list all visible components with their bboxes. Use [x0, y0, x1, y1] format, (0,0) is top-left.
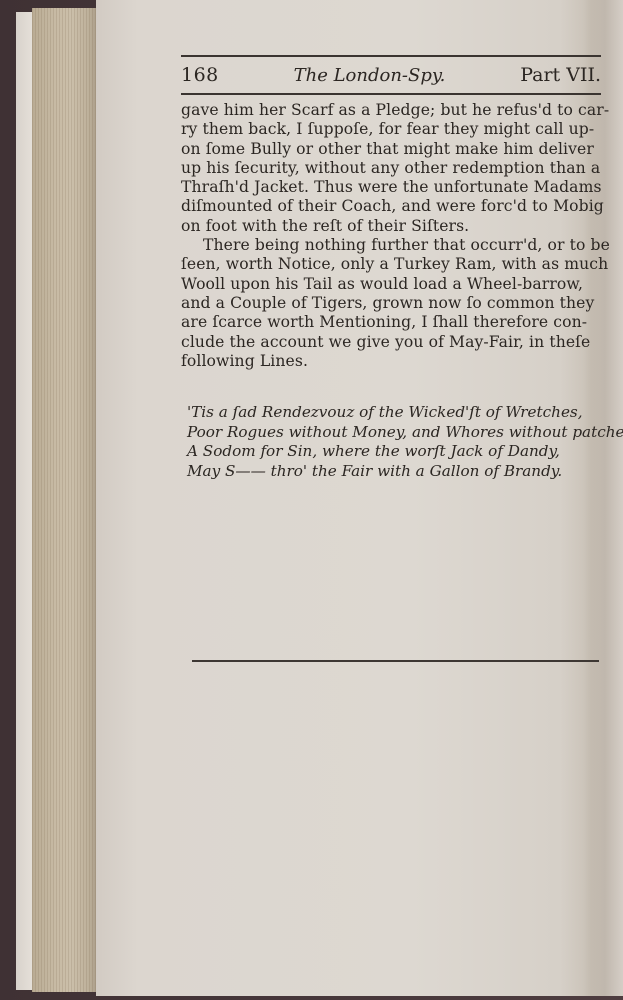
page-content: 168 The London-Spy. Part VII. gave him h…: [181, 55, 601, 481]
verse-line: 'Tis a ſad Rendezvouz of the Wicked'ſt o…: [187, 403, 601, 423]
text-line: ry them back, I ſuppoſe, for fear they m…: [181, 120, 601, 139]
text-line: clude the account we give you of May-Fai…: [181, 333, 601, 352]
verse-line: May S—— thro' the Fair with a Gallon of …: [187, 462, 601, 482]
verse-line: A Sodom for Sin, where the worſt Jack of…: [187, 442, 601, 462]
verse-line: Poor Rogues without Money, and Whores wi…: [187, 423, 601, 443]
running-title: The London-Spy.: [294, 58, 446, 94]
text-line: on foot with the reſt of their Siſters.: [181, 217, 601, 236]
text-line: up his ſecurity, without any other redem…: [181, 159, 601, 178]
page-number: 168: [181, 57, 219, 93]
paragraph-1: gave him her Scarf as a Pledge; but he r…: [181, 101, 601, 236]
text-line: on ſome Bully or other that might make h…: [181, 140, 601, 159]
page-edges: [32, 8, 98, 992]
text-line: diſmounted of their Coach, and were forc…: [181, 197, 601, 216]
verse-block: 'Tis a ſad Rendezvouz of the Wicked'ſt o…: [181, 403, 601, 481]
part-label: Part VII.: [520, 57, 601, 93]
text-line: ſeen, worth Notice, only a Turkey Ram, w…: [181, 255, 601, 274]
text-line: Wooll upon his Tail as would load a Whee…: [181, 275, 601, 294]
text-line: and a Couple of Tigers, grown now ſo com…: [181, 294, 601, 313]
text-line: are ſcarce worth Mentioning, I ſhall the…: [181, 313, 601, 332]
running-header: 168 The London-Spy. Part VII.: [181, 57, 601, 93]
text-line: Thraſh'd Jacket. Thus were the unfortuna…: [181, 178, 601, 197]
text-line: following Lines.: [181, 352, 601, 371]
book-page: 168 The London-Spy. Part VII. gave him h…: [96, 0, 623, 996]
text-line: gave him her Scarf as a Pledge; but he r…: [181, 101, 601, 120]
section-end-rule: [192, 660, 599, 662]
text-line: There being nothing further that occurr'…: [181, 236, 601, 255]
paragraph-2: There being nothing further that occurr'…: [181, 236, 601, 371]
